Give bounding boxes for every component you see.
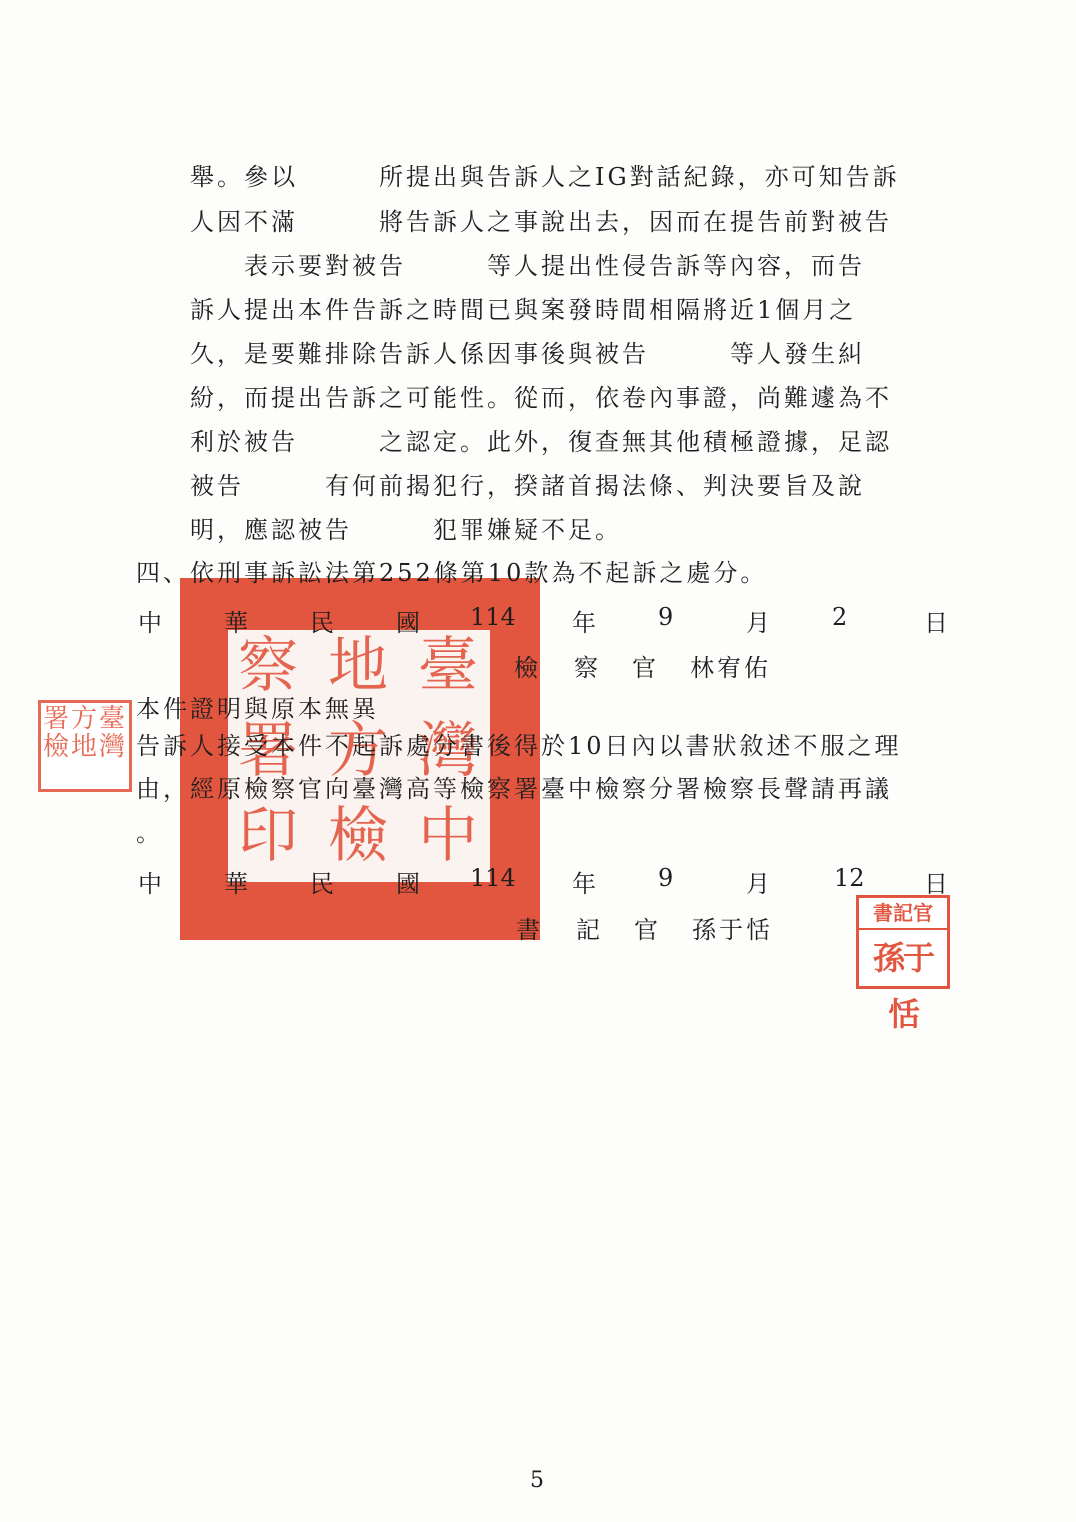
date2-day: 12 [834,864,865,892]
clerk-title-1: 書 [516,910,540,945]
date2-year: 114 [470,864,516,892]
seal-glyph: 灣 [99,733,125,761]
date2-guo: 國 [396,864,420,899]
clerk-seal-title: 書記官 [859,898,947,930]
seal-glyph: 察 [238,635,298,697]
date1-min: 民 [310,603,334,638]
paragraph-line-5: 久，是要難排除告訴人係因事後與被告 等人發生糾 [190,339,865,369]
seal-glyph: 地 [328,635,388,697]
date2-hua: 華 [224,864,248,899]
seal-glyph: 印 [238,805,298,867]
paragraph-line-8: 被告 有何前揭犯行，揆諸首揭法條、判決要旨及說 [190,471,865,501]
seal-glyph: 地 [71,733,97,761]
seal-glyph: 檢 [43,733,69,761]
date2-min: 民 [310,864,334,899]
date1-zhong: 中 [138,603,162,638]
prosecutor-name: 林宥佑 [690,648,771,683]
date1-hua: 華 [224,603,248,638]
clerk-seal-name: 孫于恬 [859,930,947,986]
date1-month: 9 [658,603,673,631]
paragraph-line-1: 舉。參以 所提出與告訴人之IG對話紀錄，亦可知告訴 [190,162,900,192]
seal-glyph: 方 [71,705,97,733]
date1-guo: 國 [396,603,420,638]
seal-glyph: 署 [43,705,69,733]
date2-yue: 月 [746,864,770,899]
paragraph-line-7: 利於被告 之認定。此外，復查無其他積極證據，足認 [190,427,892,457]
notice-line-1: 告訴人接受本件不起訴處分書後得於10日內以書狀敘述不服之理 [136,731,902,761]
date2-nian: 年 [572,864,596,899]
paragraph-line-2: 人因不滿 將告訴人之事說出去，因而在提告前對被告 [190,207,892,237]
notice-line-2: 由，經原檢察官向臺灣高等檢察署臺中檢察分署檢察長聲請再議 [136,774,892,804]
seal-glyph: 臺 [418,635,478,697]
section-four: 四、依刑事訴訟法第252條第10款為不起訴之處分。 [136,558,767,588]
seal-glyph: 臺 [99,705,125,733]
date2-month: 9 [658,864,673,892]
paragraph-line-9: 明，應認被告 犯罪嫌疑不足。 [190,515,622,545]
notice-line-3: 。 [136,818,163,848]
date1-yue: 月 [746,603,770,638]
clerk-seal: 書記官 孫于恬 [856,895,950,989]
page-number: 5 [530,1468,544,1493]
seal-glyph: 中 [418,805,478,867]
prosecutor-title-2: 察 [574,648,598,683]
date1-year: 114 [470,603,516,631]
clerk-title-2: 記 [576,910,600,945]
date1-day: 2 [832,603,847,631]
paragraph-line-3: 表示要對被告 等人提出性侵告訴等內容，而告 [190,251,865,281]
seal-glyph: 檢 [328,805,388,867]
certification-text: 本件證明與原本無異 [136,694,379,724]
prosecutor-title-3: 官 [632,648,656,683]
date2-zhong: 中 [138,864,162,899]
date1-ri: 日 [924,603,948,638]
paragraph-line-4: 訴人提出本件告訴之時間已與案發時間相隔將近1個月之 [190,295,856,325]
prosecutor-title-1: 檢 [514,648,538,683]
paragraph-line-6: 紛，而提出告訴之可能性。從而，依卷內事證，尚難遽為不 [190,383,892,413]
date2-ri: 日 [924,864,948,899]
certification-seal: 臺 灣 方 地 檢 署 [38,700,132,792]
clerk-name: 孫于恬 [692,910,773,945]
clerk-title-3: 官 [634,910,658,945]
date1-nian: 年 [572,603,596,638]
